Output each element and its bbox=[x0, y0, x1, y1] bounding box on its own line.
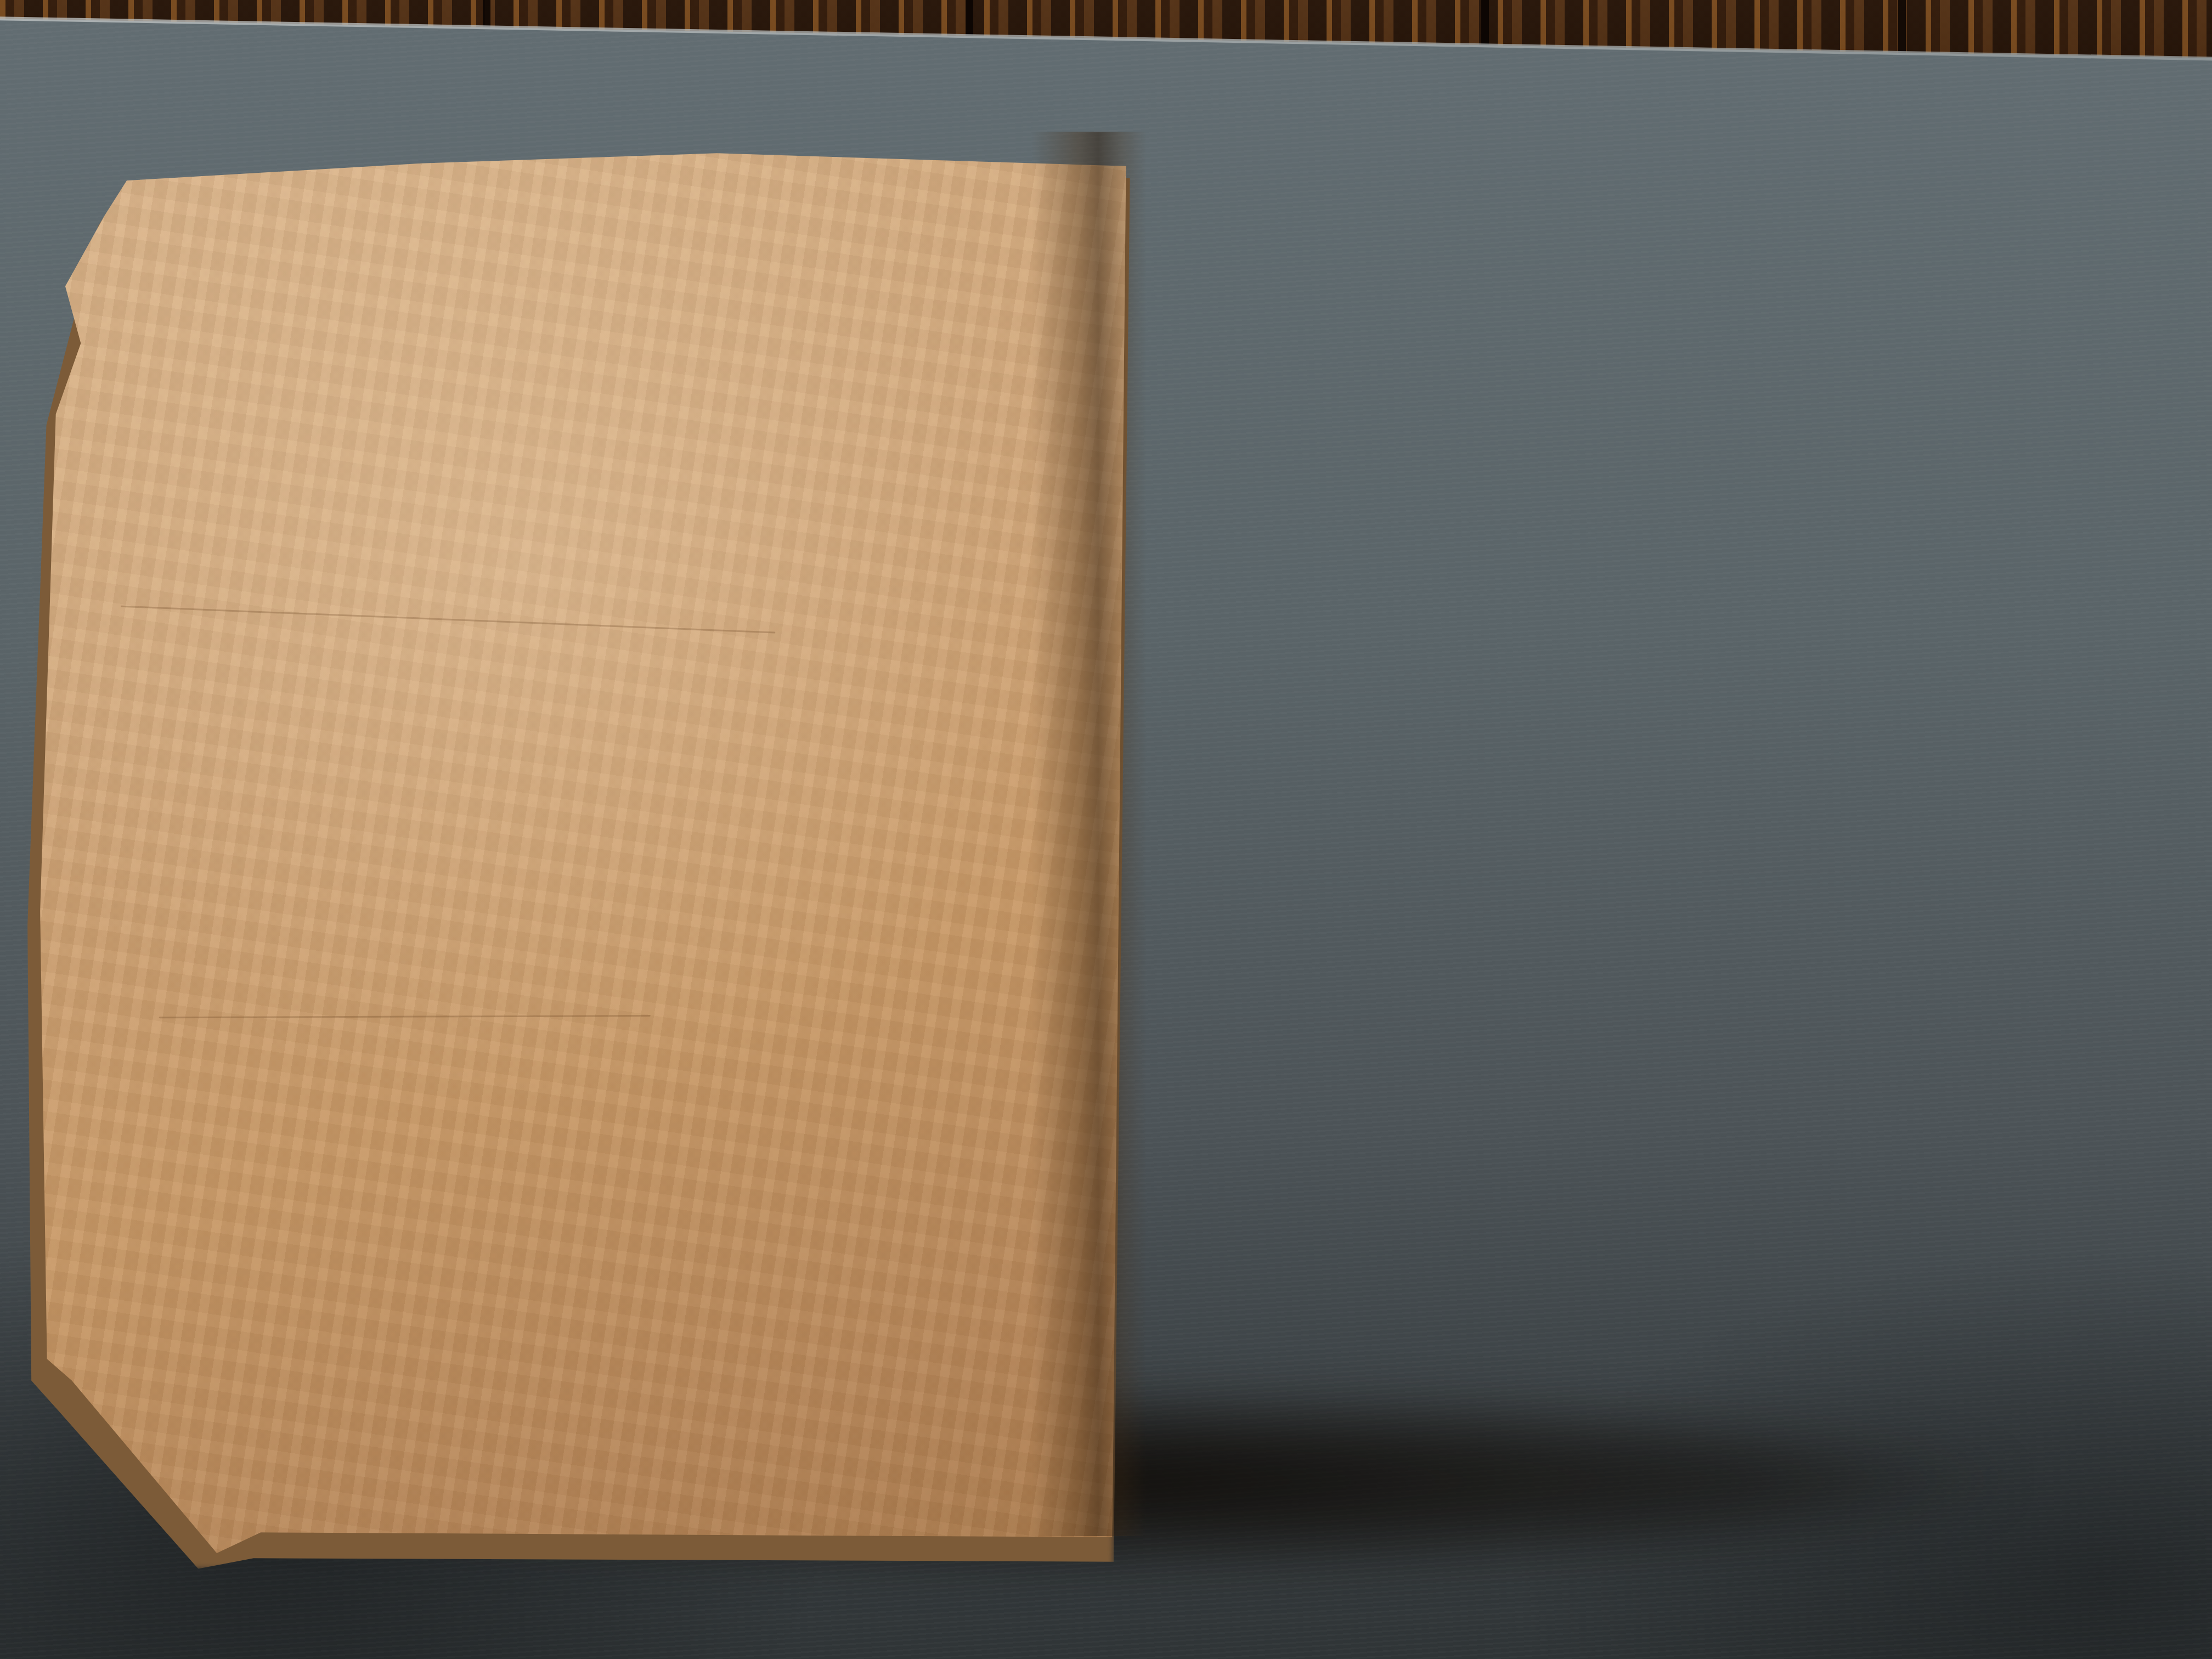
left-page-blank bbox=[20, 129, 1132, 1566]
spine-shadow bbox=[1031, 132, 1147, 1536]
paper-crease bbox=[121, 605, 775, 633]
photo-open-notebook-on-table: √ Aurod, Mr + Mrs Carl, 5060 N. Winthrop… bbox=[0, 0, 2212, 1659]
page-edge-stack bbox=[2097, 159, 2202, 1520]
paper-crease bbox=[159, 1015, 650, 1018]
